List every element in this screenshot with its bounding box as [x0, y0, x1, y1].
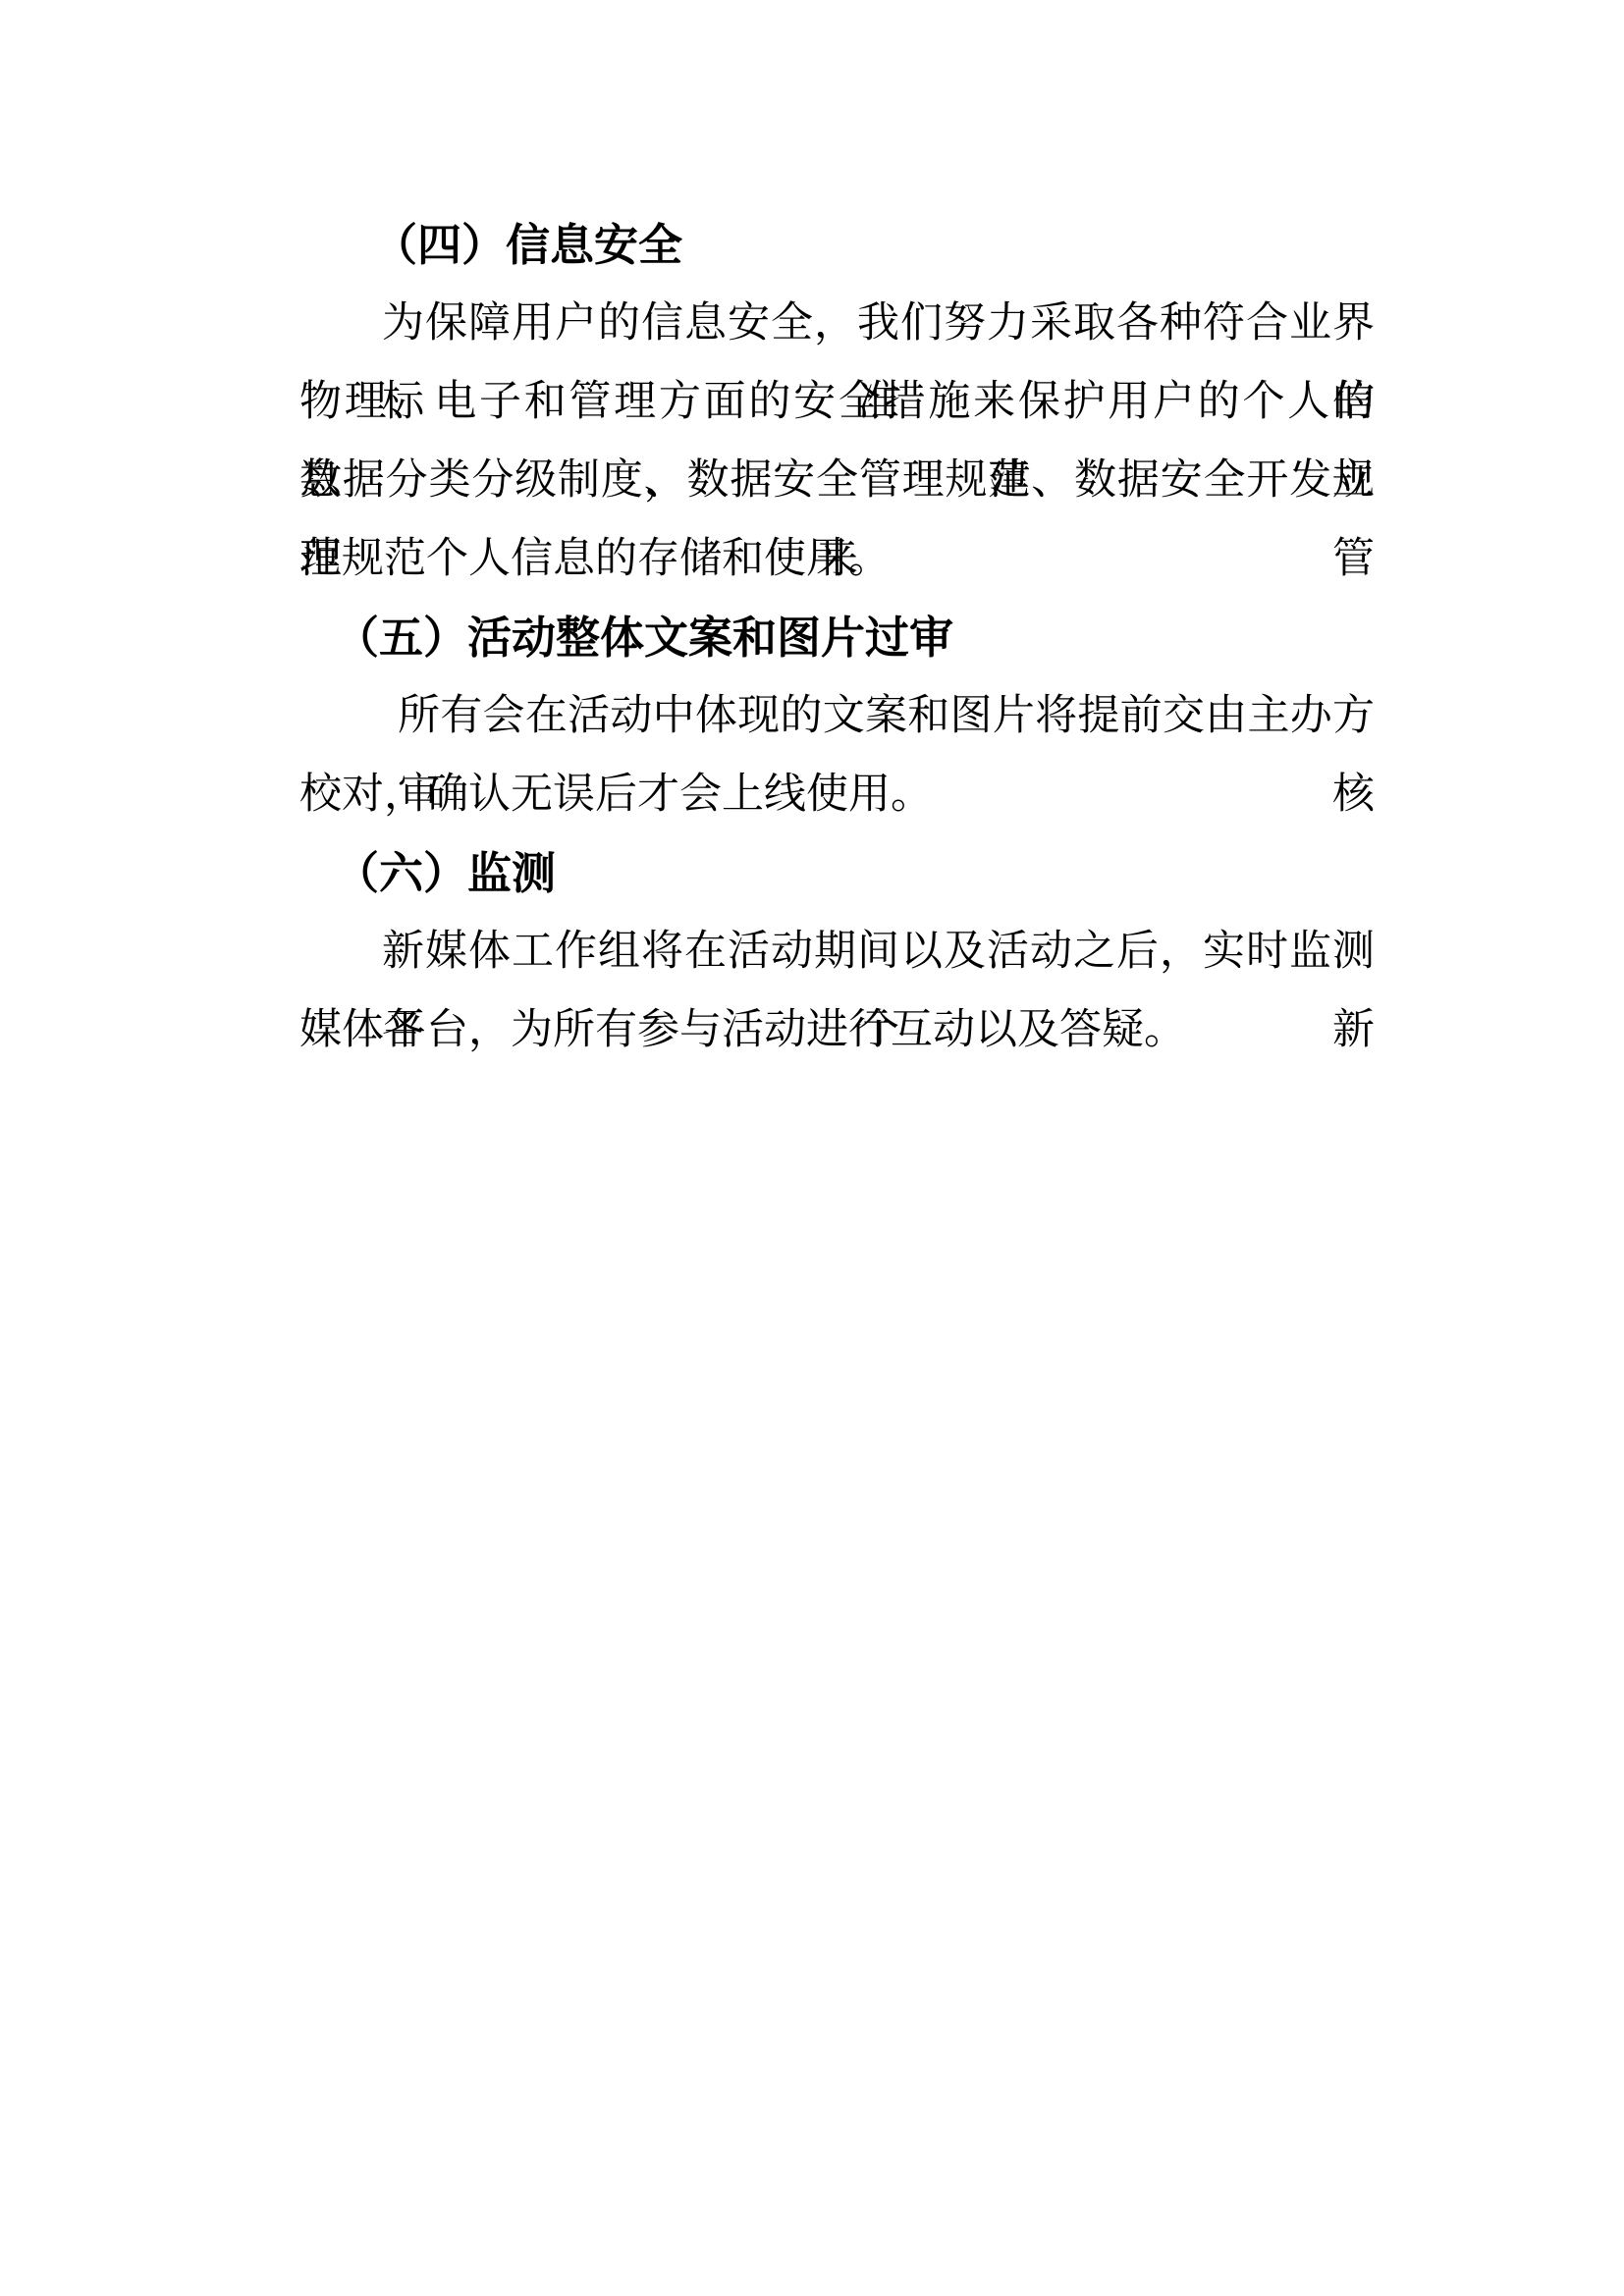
- section-heading-monitoring: （六）监测: [299, 834, 1375, 913]
- document-page: （四）信息安全 为保障用户的信息安全，我们努力采取各种符合业界标准的 物理、电子…: [0, 0, 1624, 2296]
- paragraph-line: 所有会在活动中体现的文案和图片将提前交由主办方审核: [299, 677, 1375, 756]
- paragraph-line: 数据分类分级制度、数据安全管理规范、数据安全开发规范来管: [299, 442, 1375, 520]
- section-heading-copy-image-review: （五）活动整体文案和图片过审: [299, 599, 1375, 677]
- paragraph-line: 物理、电子和管理方面的安全措施来保护用户的个人信息，建立: [299, 363, 1375, 442]
- section-heading-information-security: （四）信息安全: [299, 206, 1375, 285]
- paragraph-line: 新媒体工作组将在活动期间以及活动之后，实时监测各个新: [299, 913, 1375, 991]
- document-content: （四）信息安全 为保障用户的信息安全，我们努力采取各种符合业界标准的 物理、电子…: [299, 206, 1375, 1070]
- paragraph-line: 为保障用户的信息安全，我们努力采取各种符合业界标准的: [299, 285, 1375, 363]
